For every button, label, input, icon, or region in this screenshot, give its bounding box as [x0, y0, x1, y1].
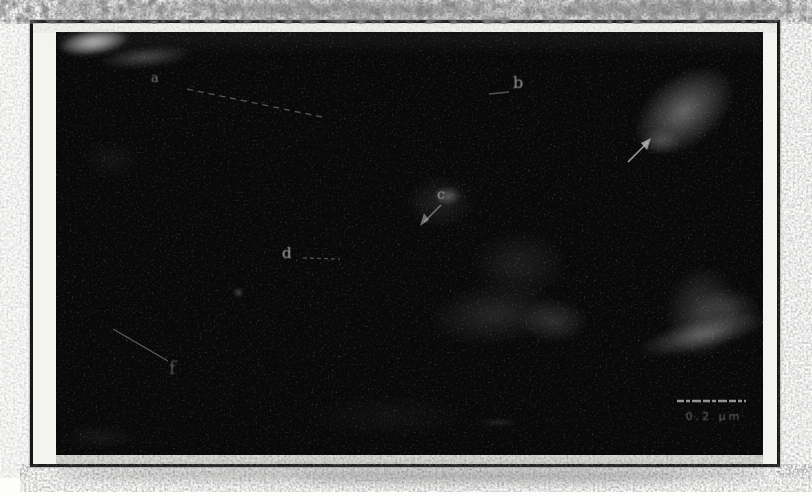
scan-smudge-bottom — [58, 467, 764, 481]
scanned-figure: a b c d f 0.2 µm — [0, 0, 812, 496]
scan-smudge-top — [210, 3, 470, 15]
scan-noise-left — [0, 18, 30, 478]
scan-noise-top — [0, 0, 812, 22]
scan-noise-bottom — [20, 464, 812, 492]
scan-noise-right — [778, 18, 812, 478]
micrograph-photo — [56, 32, 763, 455]
scan-smudge-bottom — [300, 472, 680, 484]
scan-smudge-top — [55, 1, 812, 18]
scale-bar-label: 0.2 µm — [676, 410, 752, 423]
scan-smudge-top — [560, 2, 780, 15]
